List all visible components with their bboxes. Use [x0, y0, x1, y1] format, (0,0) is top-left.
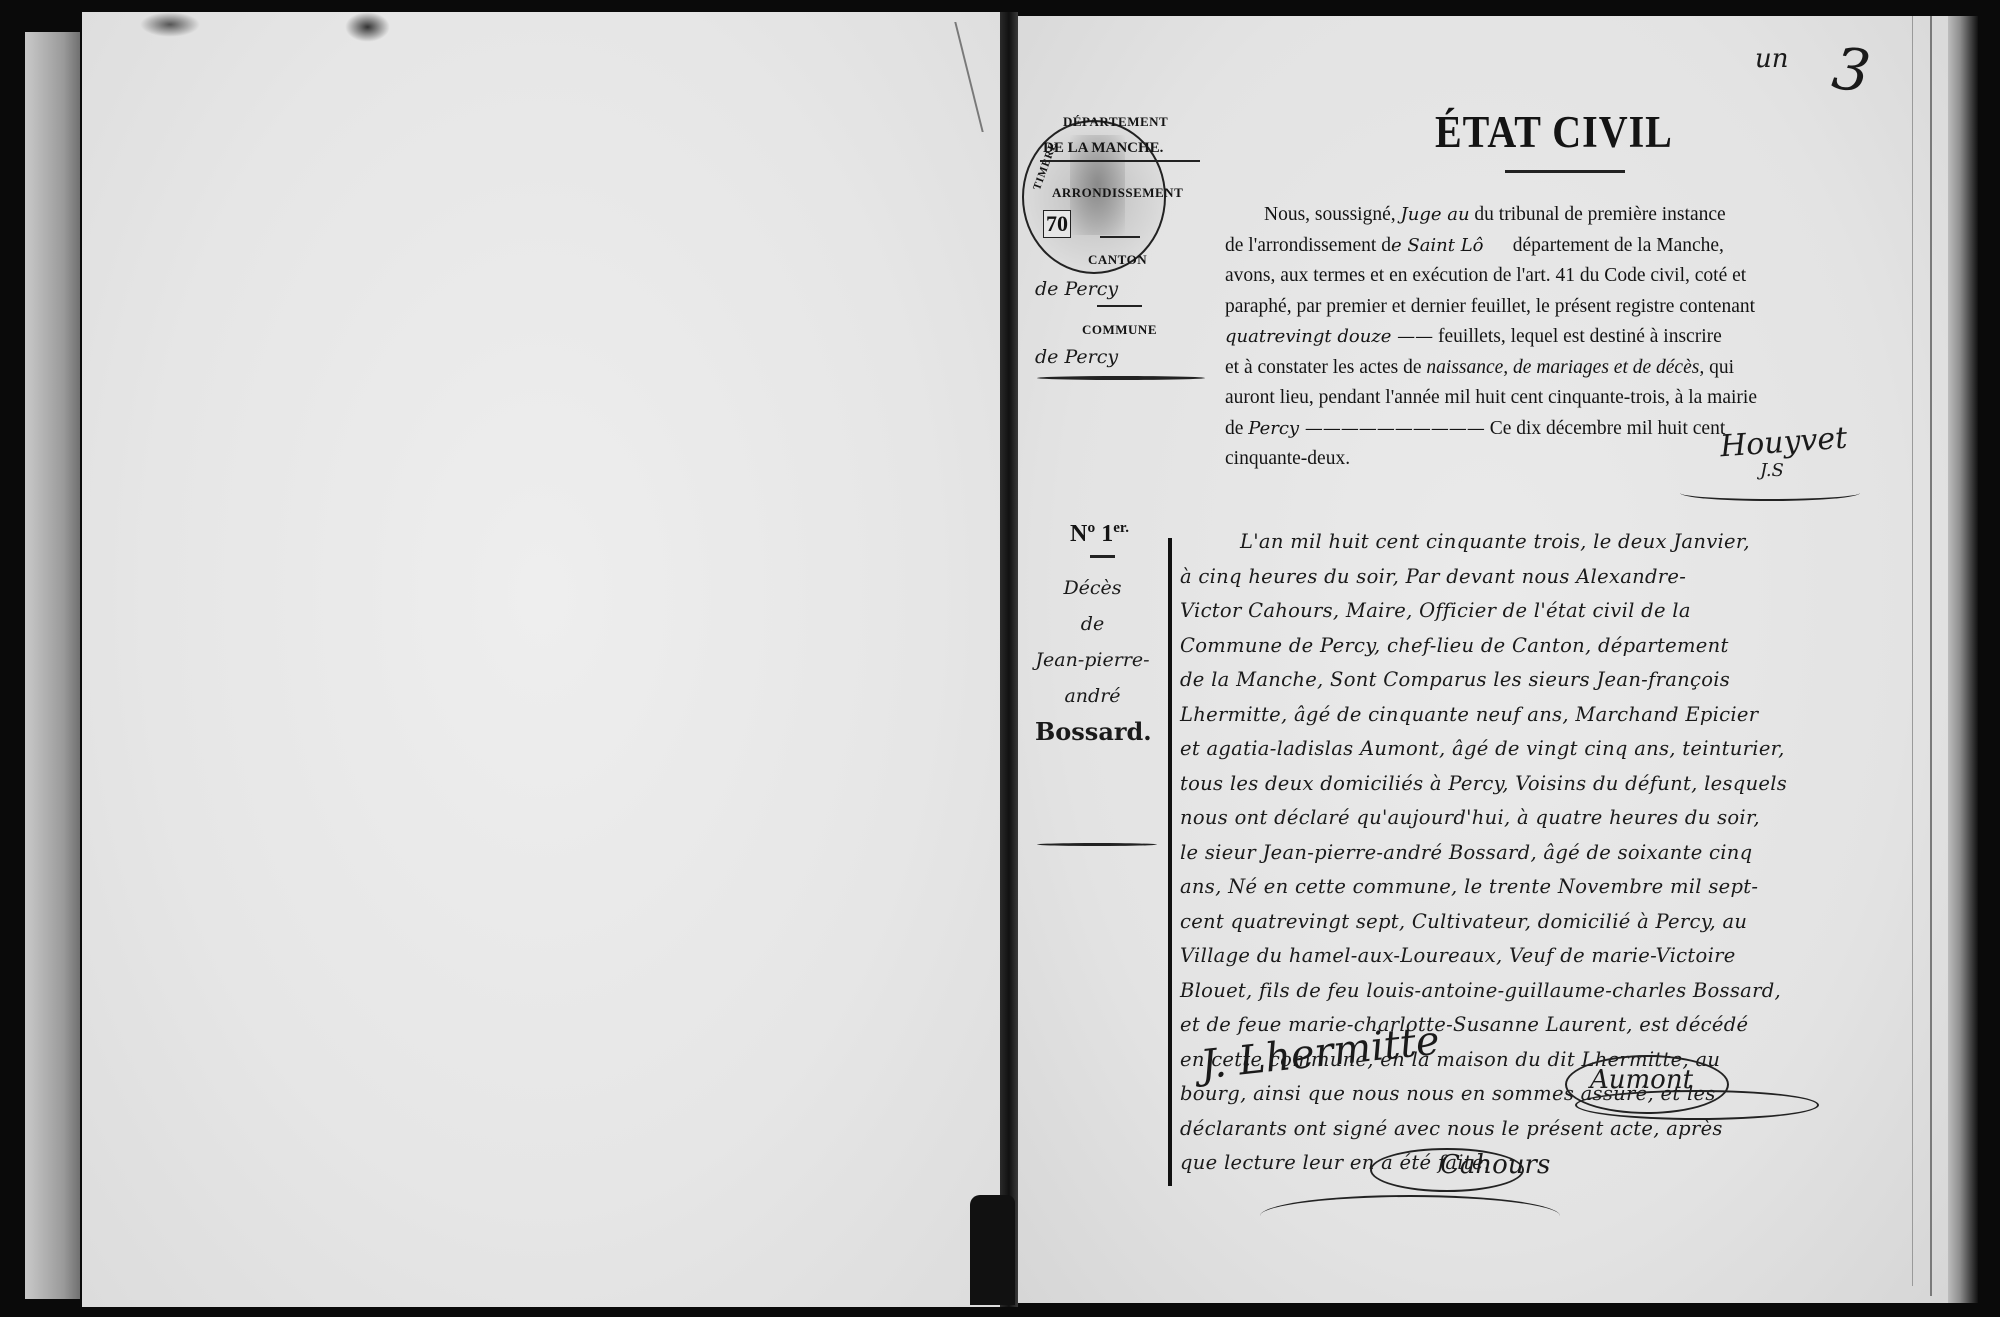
ornamental-swash: [1037, 843, 1157, 846]
preamble-line: et à constater les actes de naissance, d…: [1225, 353, 1880, 384]
act-line: ans, Né en cette commune, le trente Nove…: [1180, 870, 1915, 905]
departement-label: DÉPARTEMENT: [1063, 114, 1168, 130]
ink-smudge: [140, 12, 200, 37]
margin-line: Bossard.: [1035, 714, 1150, 750]
gutter-shadow: [970, 1195, 1015, 1305]
right-page-edge: [1948, 16, 1978, 1303]
divider: [1097, 305, 1142, 307]
left-page-edge: [25, 32, 80, 1299]
page-title: ÉTAT CIVIL: [1435, 104, 1673, 158]
act-line: déclarants ont signé avec nous le présen…: [1180, 1112, 1915, 1147]
preamble-line: paraphé, par premier et dernier feuillet…: [1225, 292, 1880, 323]
act-line: Victor Cahours, Maire, Officier de l'éta…: [1180, 594, 1915, 629]
left-page-blank: [82, 12, 1002, 1307]
preamble-line: Nous, soussigné, Juge au du tribunal de …: [1225, 200, 1880, 231]
margin-line: andré: [1035, 678, 1150, 714]
stamp-value: 70: [1043, 210, 1071, 238]
act-line: tous les deux domiciliés à Percy, Voisin…: [1180, 767, 1915, 802]
commune-label: COMMUNE: [1082, 322, 1157, 338]
preamble-line: de l'arrondissement de Saint Lô départem…: [1225, 231, 1880, 262]
act-line: L'an mil huit cent cinquante trois, le d…: [1180, 525, 1915, 560]
canton-label: CANTON: [1088, 252, 1147, 268]
preamble-line: auront lieu, pendant l'année mil huit ce…: [1225, 383, 1880, 414]
act-line: Commune de Percy, chef-lieu de Canton, d…: [1180, 629, 1915, 664]
departement-value: DE LA MANCHE.: [1043, 140, 1163, 157]
title-underline: [1505, 170, 1625, 173]
folio-word: un: [1755, 44, 1789, 74]
act-line: Lhermitte, âgé de cinquante neuf ans, Ma…: [1180, 698, 1915, 733]
preamble-line: quatrevingt douze —— feuillets, lequel e…: [1225, 322, 1880, 353]
commune-value: de Percy: [1035, 346, 1118, 368]
act-line: Blouet, fils de feu louis-antoine-guilla…: [1180, 974, 1915, 1009]
judge-signature-initials: J.S: [1760, 460, 1784, 481]
book-gutter: [1000, 12, 1018, 1307]
signature-aumont: Aumont: [1590, 1065, 1693, 1095]
act-line: et agatia-ladislas Aumont, âgé de vingt …: [1180, 732, 1915, 767]
divider: [1100, 236, 1140, 238]
preamble-line: avons, aux termes et en exécution de l'a…: [1225, 261, 1880, 292]
signature-flourish: [1260, 1195, 1560, 1237]
ink-smudge: [345, 12, 390, 42]
canton-value: de Percy: [1035, 278, 1118, 300]
act-line: de la Manche, Sont Comparus les sieurs J…: [1180, 663, 1915, 698]
page-margin-rule: [1930, 16, 1932, 1296]
signature-flourish: [1680, 485, 1860, 501]
ornamental-swash: [1037, 376, 1205, 380]
act-line: nous ont déclaré qu'aujourd'hui, à quatr…: [1180, 801, 1915, 836]
act-line: à cinq heures du soir, Par devant nous A…: [1180, 560, 1915, 595]
signature-cahours: Cahours: [1440, 1150, 1550, 1180]
margin-line: Jean-pierre-: [1035, 642, 1150, 678]
divider: [1090, 555, 1115, 558]
margin-note: Décès de Jean-pierre- andré Bossard.: [1035, 570, 1150, 750]
entry-number: Nº 1er.: [1070, 520, 1129, 548]
act-line: Village du hamel-aux-Loureaux, Veuf de m…: [1180, 939, 1915, 974]
arrondissement-label: ARRONDISSEMENT: [1052, 185, 1183, 201]
margin-line: Décès: [1035, 570, 1150, 606]
divider: [1040, 160, 1200, 162]
act-body: L'an mil huit cent cinquante trois, le d…: [1180, 525, 1915, 1181]
act-line: le sieur Jean-pierre-andré Bossard, âgé …: [1180, 836, 1915, 871]
act-line: cent quatrevingt sept, Cultivateur, domi…: [1180, 905, 1915, 940]
margin-line: de: [1035, 606, 1150, 642]
margin-vertical-rule: [1168, 538, 1172, 1186]
